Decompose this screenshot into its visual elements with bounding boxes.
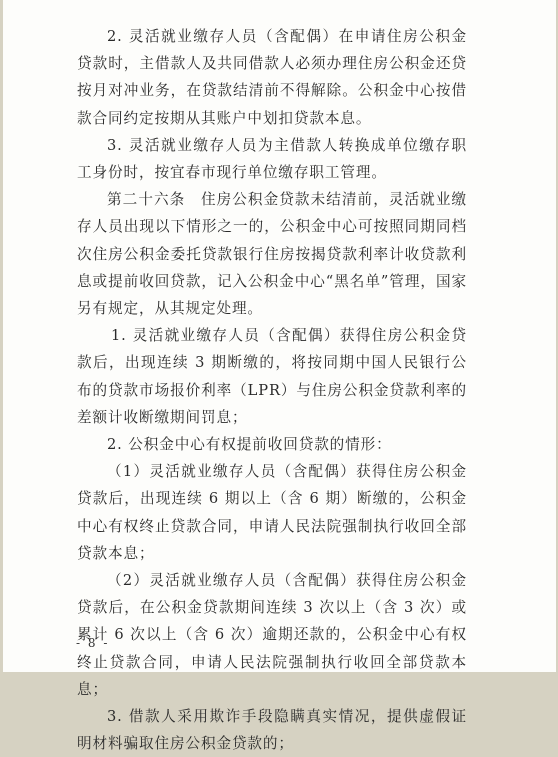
page-number: - 8 - [76,636,109,650]
paragraph-sub-2: 2. 公积金中心有权提前收回贷款的情形： [77,431,467,458]
document-body: 2. 灵活就业缴存人员（含配偶）在申请住房公积金贷款时，主借款人及共同借款人必须… [77,23,467,672]
paragraph-sub-2-2: （2）灵活就业缴存人员（含配偶）获得住房公积金贷款后，在公积金贷款期间连续 3 … [77,567,467,672]
paragraph-item-2: 2. 灵活就业缴存人员（含配偶）在申请住房公积金贷款时，主借款人及共同借款人必须… [77,23,467,132]
paragraph-item-3: 3. 灵活就业缴存人员为主借款人转换成单位缴存职工身份时，按宜春市现行单位缴存职… [77,132,467,186]
document-page: 2. 灵活就业缴存人员（含配偶）在申请住房公积金贷款时，主借款人及共同借款人必须… [3,0,556,672]
paragraph-sub-1: 1. 灵活就业缴存人员（含配偶）获得住房公积金贷款后，出现连续 3 期断缴的，将… [77,322,467,431]
paragraph-article-26: 第二十六条 住房公积金贷款未结清前，灵活就业缴存人员出现以下情形之一的，公积金中… [77,186,467,322]
paragraph-sub-2-1: （1）灵活就业缴存人员（含配偶）获得住房公积金贷款后，出现连续 6 期以上（含 … [77,458,467,567]
